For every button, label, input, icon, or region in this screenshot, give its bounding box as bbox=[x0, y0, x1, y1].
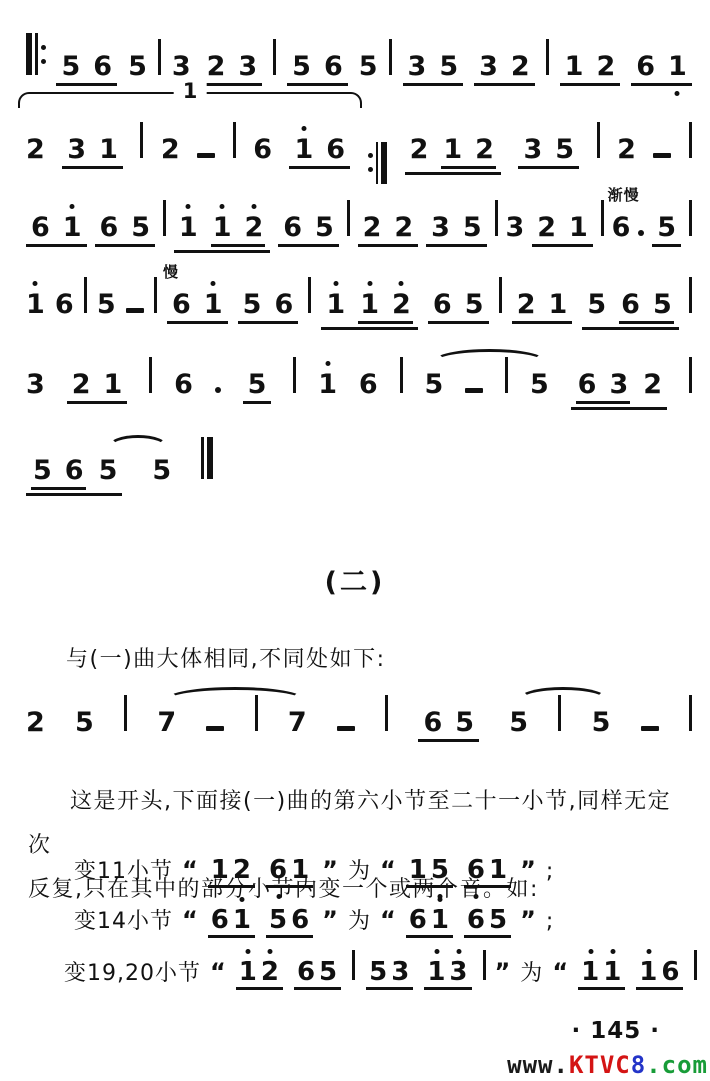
semicolon: ; bbox=[546, 909, 554, 934]
note: 2 bbox=[475, 136, 494, 163]
octave-dot-above bbox=[301, 126, 306, 131]
note: 5 bbox=[587, 291, 606, 318]
note-value: 5 bbox=[33, 457, 52, 484]
beam-group: 56 bbox=[238, 291, 299, 324]
note-value: 1 bbox=[603, 959, 622, 985]
octave-dot-below bbox=[675, 91, 680, 96]
music-line-4: 165慢61561126521565 bbox=[26, 277, 692, 323]
note: 2 bbox=[261, 959, 280, 985]
note: 1 bbox=[489, 857, 508, 883]
note-value: 1 bbox=[427, 959, 446, 985]
barline bbox=[84, 277, 87, 313]
note-value: 5 bbox=[248, 371, 267, 398]
note: 2 bbox=[410, 136, 429, 163]
note-value: 5 bbox=[592, 709, 611, 736]
beam-group: 632 bbox=[571, 371, 667, 410]
note: 5 bbox=[75, 709, 94, 736]
note-value: 6 bbox=[65, 457, 84, 484]
note: 6 bbox=[211, 907, 230, 933]
beam-group: 32 bbox=[474, 53, 535, 86]
note: 1 bbox=[360, 291, 379, 318]
note: 6 bbox=[423, 709, 442, 736]
thick-barline bbox=[381, 142, 387, 184]
note: 5 bbox=[269, 907, 288, 933]
note-value: 1 bbox=[569, 214, 588, 241]
beam-group: 31 bbox=[62, 136, 123, 169]
note-value: 1 bbox=[26, 291, 45, 318]
watermark: www.KTVC8.com bbox=[507, 1051, 708, 1079]
beam-group: 56 bbox=[56, 53, 117, 86]
note-value: 2 bbox=[475, 136, 494, 163]
barline bbox=[149, 357, 152, 393]
note: 2 bbox=[537, 214, 556, 241]
note-value: 1 bbox=[291, 857, 310, 883]
note: 6 bbox=[55, 291, 74, 318]
note: 5 bbox=[61, 53, 80, 80]
note-value: 6 bbox=[174, 371, 193, 398]
note-value: 3 bbox=[26, 371, 45, 398]
note: 5 bbox=[592, 709, 611, 736]
note: 2 bbox=[392, 291, 411, 318]
note: 5 bbox=[128, 53, 147, 80]
note-value: 1 bbox=[204, 291, 223, 318]
note-value: 2 bbox=[517, 291, 536, 318]
note: 5 bbox=[465, 291, 484, 318]
barline bbox=[505, 357, 508, 393]
note: 7 bbox=[288, 709, 307, 736]
variation-row: 变11小节“1261”为“1561”; bbox=[74, 854, 554, 888]
note-value: 1 bbox=[326, 291, 345, 318]
octave-dot-above bbox=[33, 281, 38, 286]
barline bbox=[308, 277, 311, 313]
note-value: 6 bbox=[100, 214, 119, 241]
note: 2 bbox=[161, 136, 180, 163]
note: 1 bbox=[548, 291, 567, 318]
note-value: 6 bbox=[636, 53, 655, 80]
beam-group: 112 bbox=[174, 214, 270, 253]
note: 6 bbox=[636, 53, 655, 80]
note-value: 2 bbox=[207, 53, 226, 80]
note: 3 bbox=[26, 371, 45, 398]
music-line-section2: 25776555 bbox=[26, 695, 692, 741]
repeat-dot bbox=[41, 59, 46, 64]
beam-group: 61 bbox=[266, 857, 313, 888]
octave-dot-below bbox=[474, 894, 479, 899]
note-value: 5 bbox=[489, 907, 508, 933]
note: 3 bbox=[479, 53, 498, 80]
note-value: 2 bbox=[596, 53, 615, 80]
note-value: 6 bbox=[359, 371, 378, 398]
note: 3 bbox=[238, 53, 257, 80]
note-value: 2 bbox=[72, 371, 91, 398]
note-value: 3 bbox=[67, 136, 86, 163]
beam-group: 65 bbox=[464, 907, 511, 938]
barline bbox=[689, 122, 692, 158]
watermark-segment: .com bbox=[646, 1051, 708, 1079]
beam-group: 16 bbox=[636, 959, 683, 990]
sheet-music-page: 56532356535321261 23126162123521 6165112… bbox=[0, 0, 710, 1081]
note-value: 6 bbox=[621, 291, 640, 318]
note-value: 1 bbox=[318, 371, 337, 398]
note-value: 1 bbox=[99, 136, 118, 163]
octave-dot-above bbox=[434, 949, 439, 954]
body-paragraph: 这是开头,下面接(一)曲的第六小节至二十一小节,同样无定次 反复,只在其中的部分… bbox=[28, 780, 692, 912]
note: 6 bbox=[578, 371, 597, 398]
tempo-mark: 慢 bbox=[163, 265, 179, 280]
note: 5 bbox=[555, 136, 574, 163]
note-value: 1 bbox=[294, 136, 313, 163]
quote-mark: “ bbox=[182, 906, 199, 934]
note: 1 bbox=[639, 959, 658, 985]
note: 6 bbox=[409, 907, 428, 933]
note: 3 bbox=[609, 371, 628, 398]
watermark-segment: www. bbox=[507, 1051, 569, 1079]
note: 1 bbox=[326, 291, 345, 318]
octave-dot-above bbox=[333, 281, 338, 286]
quote-mark: ” bbox=[520, 906, 537, 934]
note: 1 bbox=[211, 857, 230, 883]
note: 6 bbox=[291, 907, 310, 933]
note-value: 2 bbox=[26, 136, 45, 163]
thick-barline bbox=[26, 33, 32, 75]
note-value: 5 bbox=[369, 959, 388, 985]
note: 6 bbox=[621, 291, 640, 318]
note-value: 2 bbox=[245, 214, 264, 241]
music-line-3: 61651126522353216渐慢5 bbox=[26, 200, 692, 246]
dash-note bbox=[653, 153, 671, 158]
repeat-dots bbox=[41, 33, 46, 75]
note-value: 6 bbox=[409, 907, 428, 933]
note-value: 5 bbox=[530, 371, 549, 398]
beam-subgroup: 12 bbox=[441, 136, 496, 169]
note: 1 bbox=[204, 291, 223, 318]
note: 2 bbox=[394, 214, 413, 241]
beam-group: 112 bbox=[321, 291, 417, 330]
beam-group: 12 bbox=[560, 53, 621, 86]
note: 6 bbox=[100, 214, 119, 241]
quote-mark: ” bbox=[322, 906, 339, 934]
note: 3 bbox=[408, 53, 427, 80]
note-value: 3 bbox=[523, 136, 542, 163]
note: 3 bbox=[431, 214, 450, 241]
beam-group: 565 bbox=[26, 457, 122, 496]
beam-group: 21 bbox=[512, 291, 573, 324]
note-value: 2 bbox=[363, 214, 382, 241]
barline bbox=[385, 695, 388, 731]
note-value: 1 bbox=[233, 907, 252, 933]
beam-group: 23 bbox=[202, 53, 263, 86]
note: 5 bbox=[439, 53, 458, 80]
duration-dot bbox=[638, 230, 644, 236]
note-value: 6 bbox=[269, 857, 288, 883]
barline bbox=[255, 695, 258, 731]
barline bbox=[558, 695, 561, 731]
note: 5 bbox=[530, 371, 549, 398]
barline bbox=[689, 200, 692, 236]
note-value: 5 bbox=[455, 709, 474, 736]
repeat-end-sign bbox=[368, 142, 388, 184]
note-value: 3 bbox=[431, 214, 450, 241]
note-value: 1 bbox=[489, 857, 508, 883]
beam-group: 35 bbox=[518, 136, 579, 169]
repeat-dot bbox=[368, 153, 373, 158]
note-value: 3 bbox=[391, 959, 410, 985]
note-value: 5 bbox=[152, 457, 171, 484]
note: 5 bbox=[292, 53, 311, 80]
note-value: 6 bbox=[291, 907, 310, 933]
wei-label: 为 bbox=[348, 854, 371, 885]
octave-dot-above bbox=[251, 204, 256, 209]
note-value: 6 bbox=[31, 214, 50, 241]
note-value: 6 bbox=[467, 857, 486, 883]
thin-barline bbox=[376, 142, 379, 184]
beam-group: 15 bbox=[406, 857, 453, 888]
music-line-2: 23126162123521 bbox=[26, 122, 692, 168]
note-value: 6 bbox=[324, 53, 343, 80]
note-value: 2 bbox=[537, 214, 556, 241]
note-value: 2 bbox=[617, 136, 636, 163]
note-value: 6 bbox=[467, 907, 486, 933]
barline bbox=[689, 277, 692, 313]
beam-subgroup: 12 bbox=[211, 214, 266, 247]
note: 2 bbox=[617, 136, 636, 163]
note: 3 bbox=[523, 136, 542, 163]
note-value: 5 bbox=[653, 291, 672, 318]
note-value: 6 bbox=[612, 214, 631, 241]
octave-dot-above bbox=[268, 949, 273, 954]
variation-music: 111656 bbox=[578, 950, 710, 991]
barline bbox=[689, 695, 692, 731]
barline bbox=[495, 200, 498, 236]
dash-note bbox=[337, 726, 355, 731]
barline bbox=[601, 200, 604, 236]
beam-subgroup: 12 bbox=[358, 291, 413, 324]
note-value: 6 bbox=[172, 291, 191, 318]
note-value: 5 bbox=[128, 53, 147, 80]
note: 2 bbox=[26, 709, 45, 736]
dash-note bbox=[126, 308, 144, 313]
note: 6 bbox=[661, 959, 680, 985]
barline bbox=[352, 950, 355, 980]
note: 6 bbox=[93, 53, 112, 80]
wei-label: 为 bbox=[348, 904, 371, 935]
note-value: 6 bbox=[93, 53, 112, 80]
barline bbox=[233, 122, 236, 158]
note-value: 2 bbox=[392, 291, 411, 318]
note-value: 6 bbox=[55, 291, 74, 318]
note: 1 bbox=[565, 53, 584, 80]
intro-paragraph: 与(一)曲大体相同,不同处如下: bbox=[66, 642, 386, 673]
note: 1 bbox=[409, 857, 428, 883]
barline bbox=[400, 357, 403, 393]
note-value: 2 bbox=[410, 136, 429, 163]
note: 6 bbox=[359, 371, 378, 398]
music-line-6: 5655 bbox=[26, 437, 213, 483]
variation-prefix: 变11小节 bbox=[74, 854, 173, 885]
octave-dot-above bbox=[588, 949, 593, 954]
note-value: 1 bbox=[668, 53, 687, 80]
note: 1 bbox=[179, 214, 198, 241]
repeat-begin-sign bbox=[26, 33, 46, 75]
variation-row: 变19,20小节“12655313”为“111656”; bbox=[64, 950, 710, 991]
note-value: 1 bbox=[179, 214, 198, 241]
note: 6 bbox=[433, 291, 452, 318]
note: 6 bbox=[172, 291, 191, 318]
note: 5 bbox=[489, 907, 508, 933]
variation-music: 6156 bbox=[208, 907, 313, 938]
note: 2 bbox=[517, 291, 536, 318]
note: 1 bbox=[99, 136, 118, 163]
note: 1 bbox=[581, 959, 600, 985]
quote-mark: “ bbox=[380, 856, 397, 884]
note: 5 bbox=[243, 371, 272, 404]
wei-label: 为 bbox=[520, 956, 543, 987]
note-value: 6 bbox=[578, 371, 597, 398]
note: 6 bbox=[324, 53, 343, 80]
note-value: 6 bbox=[423, 709, 442, 736]
note: 5 bbox=[431, 857, 450, 883]
note-value: 2 bbox=[394, 214, 413, 241]
note: 1 bbox=[443, 136, 462, 163]
note: 3 bbox=[449, 959, 468, 985]
note-value: 7 bbox=[157, 709, 176, 736]
note: 6 bbox=[467, 857, 486, 883]
note-value: 5 bbox=[465, 291, 484, 318]
note-value: 5 bbox=[99, 457, 118, 484]
note-value: 1 bbox=[360, 291, 379, 318]
note: 5 bbox=[653, 291, 672, 318]
note: 1 bbox=[318, 371, 337, 398]
beam-group: 12 bbox=[208, 857, 255, 888]
beam-group: 35 bbox=[426, 214, 487, 247]
note: 6 bbox=[253, 136, 272, 163]
note: 1 bbox=[239, 959, 258, 985]
page-number: · 145 · bbox=[572, 1018, 661, 1044]
repeat-dot bbox=[368, 167, 373, 172]
semicolon: ; bbox=[546, 859, 554, 884]
octave-dot-above bbox=[399, 281, 404, 286]
music-line-1: 56532356535321261 bbox=[26, 33, 692, 79]
note-value: 5 bbox=[269, 907, 288, 933]
quote-mark: ” bbox=[495, 958, 512, 986]
note-value: 1 bbox=[639, 959, 658, 985]
beam-group: 61 bbox=[464, 857, 511, 888]
note-value: 1 bbox=[63, 214, 82, 241]
note-value: 5 bbox=[555, 136, 574, 163]
quote-mark: “ bbox=[182, 856, 199, 884]
note: 6 bbox=[31, 214, 50, 241]
note: 2 bbox=[233, 857, 252, 883]
barline bbox=[293, 357, 296, 393]
barline bbox=[124, 695, 127, 731]
note-value: 5 bbox=[509, 709, 528, 736]
note-value: 5 bbox=[131, 214, 150, 241]
beam-group: 慢61 bbox=[167, 291, 228, 324]
beam-group: 11 bbox=[578, 959, 625, 990]
beam-group: 35 bbox=[403, 53, 464, 86]
barline bbox=[163, 200, 166, 236]
barline bbox=[597, 122, 600, 158]
note-value: 2 bbox=[233, 857, 252, 883]
note-value: 5 bbox=[424, 371, 443, 398]
note-value: 5 bbox=[315, 214, 334, 241]
note-value: 5 bbox=[292, 53, 311, 80]
note-value: 2 bbox=[26, 709, 45, 736]
note: 6 bbox=[65, 457, 84, 484]
note-value: 5 bbox=[359, 53, 378, 80]
final-barline bbox=[201, 437, 213, 479]
note: 5 bbox=[652, 214, 681, 247]
note: 6 bbox=[283, 214, 302, 241]
note: 1 bbox=[294, 136, 313, 163]
beam-group: 56 bbox=[287, 53, 348, 86]
note-value: 5 bbox=[319, 959, 338, 985]
note-value: 3 bbox=[238, 53, 257, 80]
variation-music: 1561 bbox=[406, 857, 511, 888]
octave-dot-above bbox=[325, 361, 330, 366]
variation-prefix: 变14小节 bbox=[74, 904, 173, 935]
beam-subgroup: 56 bbox=[31, 457, 86, 490]
note-value: 6 bbox=[253, 136, 272, 163]
note: 6 bbox=[297, 959, 316, 985]
note: 5 bbox=[463, 214, 482, 241]
note: 6 bbox=[174, 371, 193, 398]
note: 7 bbox=[157, 709, 176, 736]
note: 3 bbox=[172, 53, 191, 80]
beam-group: 65 bbox=[294, 959, 341, 990]
note: 2 bbox=[643, 371, 662, 398]
note: 1 bbox=[569, 214, 588, 241]
note-value: 2 bbox=[261, 959, 280, 985]
beam-group: 56 bbox=[266, 907, 313, 938]
note: 5 bbox=[97, 291, 116, 318]
beam-group: 22 bbox=[358, 214, 419, 247]
barline bbox=[140, 122, 143, 158]
repeat-dots bbox=[368, 142, 373, 184]
beam-group: 61 bbox=[26, 214, 87, 247]
note: 1 bbox=[291, 857, 310, 883]
note-value: 2 bbox=[511, 53, 530, 80]
note-value: 3 bbox=[449, 959, 468, 985]
octave-dot-above bbox=[646, 949, 651, 954]
barline bbox=[389, 39, 392, 75]
thick-barline bbox=[207, 437, 213, 479]
note: 2 bbox=[596, 53, 615, 80]
dash-note bbox=[197, 153, 215, 158]
note-value: 1 bbox=[103, 371, 122, 398]
quote-mark: “ bbox=[210, 958, 227, 986]
watermark-segment: 8 bbox=[631, 1051, 646, 1079]
note-value: 1 bbox=[409, 857, 428, 883]
note: 1 bbox=[213, 214, 232, 241]
dash-note bbox=[465, 388, 483, 393]
beam-group: 21 bbox=[67, 371, 128, 404]
note: 1 bbox=[233, 907, 252, 933]
beam-group: 65 bbox=[95, 214, 156, 247]
watermark-segment: KTVC bbox=[569, 1051, 631, 1079]
note: 2 bbox=[245, 214, 264, 241]
octave-dot-above bbox=[186, 204, 191, 209]
note: 6 bbox=[326, 136, 345, 163]
music-line-5: 321651655632 bbox=[26, 357, 692, 403]
variation-music: 12655313 bbox=[236, 950, 486, 990]
note-value: 5 bbox=[657, 214, 676, 241]
note-value: 3 bbox=[609, 371, 628, 398]
quote-mark: ” bbox=[520, 856, 537, 884]
note: 1 bbox=[431, 907, 450, 933]
octave-dot-above bbox=[246, 949, 251, 954]
dash-note bbox=[206, 726, 224, 731]
